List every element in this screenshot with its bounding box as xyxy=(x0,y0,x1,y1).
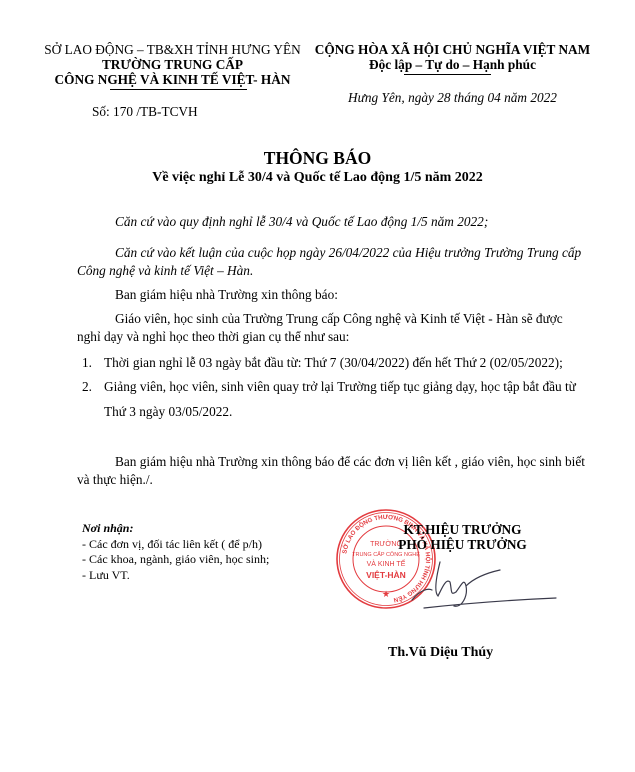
signature-title: KT.HIỆU TRƯỞNG PHÓ HIỆU TRƯỞNG xyxy=(375,522,550,552)
handwritten-signature-icon xyxy=(410,560,560,610)
signature-title-line2: PHÓ HIỆU TRƯỞNG xyxy=(375,537,550,552)
signer-name: Th.Vũ Diệu Thúy xyxy=(388,645,493,661)
list-number: 2. xyxy=(82,374,92,399)
document-title: THÔNG BÁO xyxy=(0,148,635,169)
recipients-label: Nơi nhận: xyxy=(82,521,269,537)
school-name-line2: CÔNG NGHỆ VÀ KINH TẾ VIỆT- HÀN xyxy=(40,72,305,87)
recipient-line: - Lưu VT. xyxy=(82,568,269,584)
legal-basis-1: Căn cứ vào quy định nghỉ lễ 30/4 và Quốc… xyxy=(77,213,587,231)
recipient-line: - Các khoa, ngành, giáo viên, học sinh; xyxy=(82,552,269,568)
svg-text:VÀ KINH TẾ: VÀ KINH TẾ xyxy=(367,558,406,568)
recipient-line: - Các đơn vị, đối tác liên kết ( để p/h) xyxy=(82,537,269,553)
list-text: Giảng viên, học viên, sinh viên quay trở… xyxy=(104,374,589,424)
list-number: 1. xyxy=(82,350,92,375)
school-name-line1: TRƯỜNG TRUNG CẤP xyxy=(40,57,305,72)
legal-basis-2: Căn cứ vào kết luận của cuộc họp ngày 26… xyxy=(77,244,587,280)
place-and-date: Hưng Yên, ngày 28 tháng 04 năm 2022 xyxy=(348,90,557,106)
header-right-underline xyxy=(404,74,491,75)
national-header: CỘNG HÒA XÃ HỘI CHỦ NGHĨA VIỆT NAM Độc l… xyxy=(310,42,595,72)
national-motto: Độc lập – Tự do – Hạnh phúc xyxy=(310,57,595,72)
closing-paragraph: Ban giám hiệu nhà Trường xin thông báo đ… xyxy=(77,453,587,489)
signature-title-line1: KT.HIỆU TRƯỞNG xyxy=(375,522,550,537)
list-text: Thời gian nghỉ lễ 03 ngày bắt đầu từ: Th… xyxy=(104,350,589,375)
header-left-underline xyxy=(110,89,247,90)
document-number: Số: 170 /TB-TCVH xyxy=(92,104,198,120)
issuing-agency-header: SỞ LAO ĐỘNG – TB&XH TỈNH HƯNG YÊN TRƯỜNG… xyxy=(40,42,305,87)
svg-text:★: ★ xyxy=(382,589,390,599)
announcement-intro: Ban giám hiệu nhà Trường xin thông báo: xyxy=(77,286,587,304)
ministry-name: SỞ LAO ĐỘNG – TB&XH TỈNH HƯNG YÊN xyxy=(40,42,305,57)
recipients-block: Nơi nhận: - Các đơn vị, đối tác liên kết… xyxy=(82,521,269,583)
document-subtitle: Về việc nghỉ Lễ 30/4 và Quốc tế Lao động… xyxy=(0,170,635,186)
nation-name: CỘNG HÒA XÃ HỘI CHỦ NGHĨA VIỆT NAM xyxy=(310,42,595,57)
svg-text:VIỆT-HÀN: VIỆT-HÀN xyxy=(366,569,406,580)
schedule-intro: Giáo viên, học sinh của Trường Trung cấp… xyxy=(77,310,587,346)
